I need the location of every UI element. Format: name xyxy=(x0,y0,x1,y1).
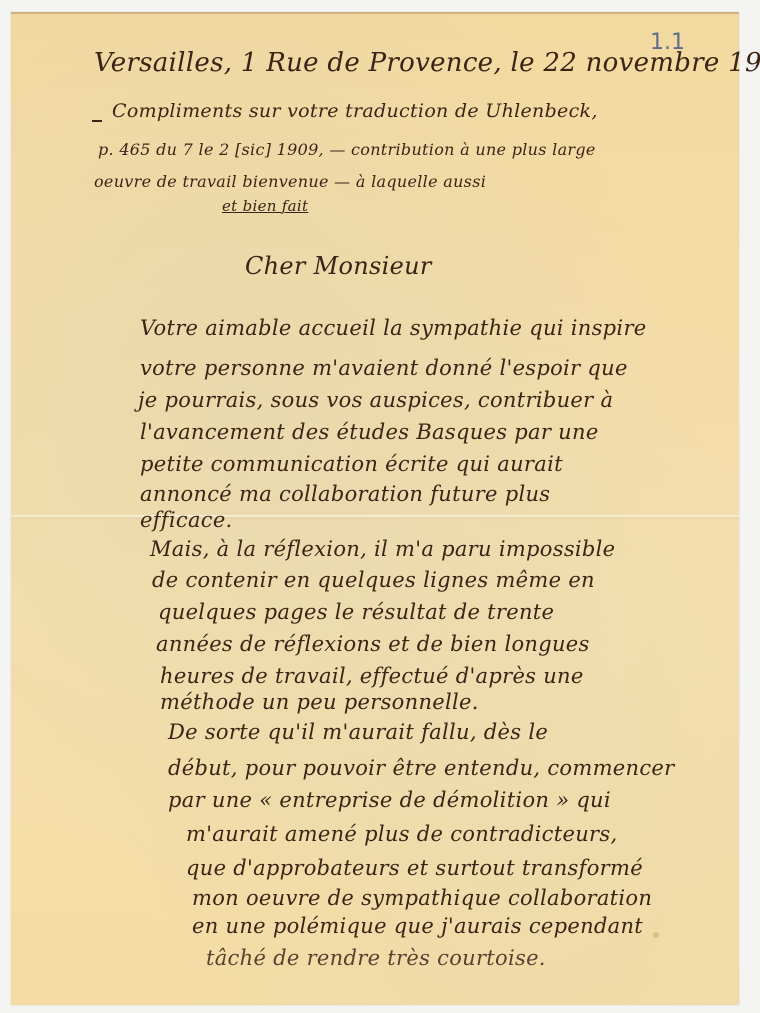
note-line-1: Compliments sur votre traduction de Uhle… xyxy=(112,100,598,122)
body-line: De sorte qu'il m'aurait fallu, dès le xyxy=(168,720,548,744)
place-date-line: Versailles, 1 Rue de Provence, le 22 nov… xyxy=(94,48,760,78)
body-line: mon oeuvre de sympathique collaboration xyxy=(192,886,652,910)
body-line: quelques pages le résultat de trente xyxy=(158,600,554,624)
body-line: début, pour pouvoir être entendu, commen… xyxy=(168,756,674,780)
note-line-4: et bien fait xyxy=(222,197,308,215)
body-line: l'avancement des études Basques par une xyxy=(140,420,599,444)
body-line: efficace. xyxy=(140,508,233,532)
body-line: je pourrais, sous vos auspices, contribu… xyxy=(138,388,613,412)
body-line: par une « entreprise de démolition » qui xyxy=(168,788,611,812)
body-line: en une polémique que j'aurais cependant xyxy=(192,914,643,938)
body-line: de contenir en quelques lignes même en xyxy=(152,568,595,592)
note-line-3: oeuvre de travail bienvenue — à laquelle… xyxy=(94,172,486,191)
paper-stain xyxy=(653,932,659,938)
salutation: Cher Monsieur xyxy=(245,252,432,280)
body-line: que d'approbateurs et surtout transformé xyxy=(186,856,643,880)
body-line: Votre aimable accueil la sympathie qui i… xyxy=(140,316,647,340)
note-line-2: p. 465 du 7 le 2 [sic] 1909, — contribut… xyxy=(98,140,596,159)
body-line: petite communication écrite qui aurait xyxy=(140,452,563,476)
paper-fold-crease xyxy=(11,515,739,519)
note-dash xyxy=(92,120,102,122)
body-line: années de réflexions et de bien longues xyxy=(156,632,590,656)
body-line: votre personne m'avaient donné l'espoir … xyxy=(140,356,628,380)
body-line: annoncé ma collaboration future plus xyxy=(140,482,550,506)
body-line: Mais, à la réflexion, il m'a paru imposs… xyxy=(150,537,615,561)
body-line: m'aurait amené plus de contradicteurs, xyxy=(186,822,617,846)
body-line: méthode un peu personnelle. xyxy=(160,690,479,714)
body-line: heures de travail, effectué d'après une xyxy=(160,664,584,688)
page-top-edge xyxy=(11,12,739,14)
body-line: tâché de rendre très courtoise. xyxy=(206,946,546,970)
